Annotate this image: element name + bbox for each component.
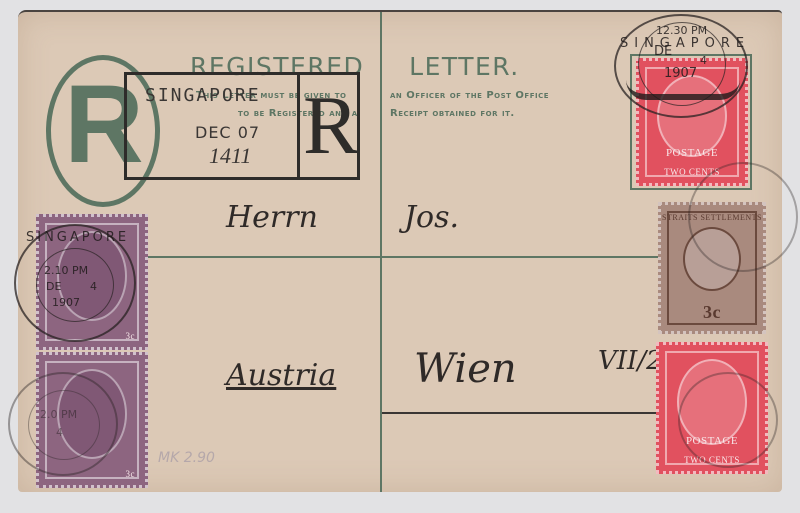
center-vertical-rule (380, 12, 382, 492)
postmark-time: 12.30 PM (656, 24, 707, 37)
address-district: VII/2 (598, 346, 663, 376)
postmark-killer-bar (626, 80, 740, 100)
registration-r-letter: R (303, 81, 359, 171)
registration-number: 1411 (209, 143, 251, 169)
address-rule-1 (138, 256, 658, 258)
registration-date: DEC 07 (195, 123, 260, 142)
postmark-left-bottom: 2.0 PM 4 (8, 372, 118, 476)
address-rule-2 (382, 412, 658, 414)
envelope: R REGISTERED LETTER. This Letter must be… (18, 10, 782, 492)
notice-line-2-right: Receipt obtained for it. (390, 108, 515, 119)
postmark-month: DE (654, 44, 672, 59)
notice-line-1-right: an Officer of the Post Office (390, 90, 549, 101)
postmark-time: 2.10 PM (44, 264, 88, 277)
postmark-town: SINGAPORE (620, 36, 750, 51)
address-city: Wien (414, 346, 517, 392)
address-salutation: Herrn (226, 200, 318, 235)
postmark-inner-ring (28, 390, 100, 460)
postmark-time: 2.0 PM (40, 408, 77, 421)
postmark-left-top: SINGAPORE 2.10 PM DE 4 1907 (14, 224, 136, 342)
stamp-label: POSTAGE (639, 147, 745, 159)
title-right: LETTER. (409, 52, 520, 81)
stamp-value: 3c (661, 302, 763, 323)
address-name: Jos. (404, 200, 459, 235)
postmark-day: 4 (700, 54, 707, 67)
postmark-right-bottom-faint (678, 372, 778, 468)
postmark-month: DE (46, 280, 61, 293)
registration-label: SINGAPORE DEC 07 1411 R (124, 72, 360, 180)
postmark-year: 1907 (52, 296, 80, 309)
registration-divider (297, 75, 300, 177)
postmark-day: 4 (56, 426, 63, 439)
pencil-note: MK 2.90 (158, 450, 215, 466)
registration-town: SINGAPORE (145, 85, 261, 106)
address-country: Austria (226, 358, 336, 393)
postmark-right-faint (688, 162, 798, 272)
postmark-year: 1907 (664, 66, 697, 81)
postmark-town: SINGAPORE (26, 230, 129, 245)
postmark-top-right: SINGAPORE 12.30 PM DE 4 1907 (614, 14, 748, 118)
postmark-day: 4 (90, 280, 97, 293)
